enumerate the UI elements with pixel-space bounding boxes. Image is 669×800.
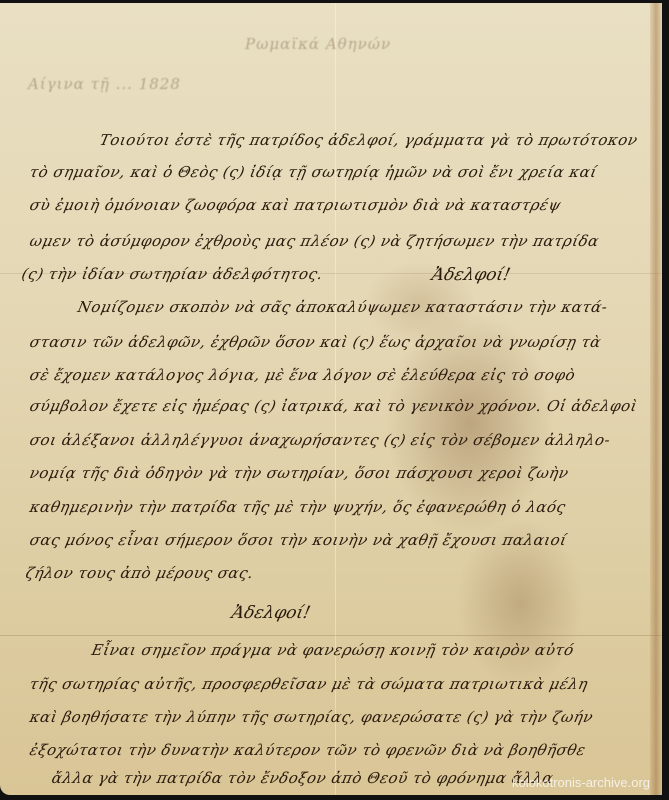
faded-header-line-2: Αίγινα τῇ ... 1828 bbox=[28, 75, 181, 93]
text-line: (ς) τὴν ἰδίαν σωτηρίαν ἀδελφότητος. bbox=[20, 265, 325, 283]
text-line: ωμεν τὸ ἀσύμφορον ἐχθροὺς μας πλέον (ς) … bbox=[28, 232, 601, 250]
paper-fold-horizontal-lower bbox=[0, 635, 662, 636]
salutation: Ἀδελφοί! bbox=[430, 265, 512, 285]
text-line: καὶ βοηθήσατε τὴν λύπην τῆς σωτηρίας, φα… bbox=[28, 708, 595, 726]
text-line: ἄλλα γὰ τὴν πατρίδα τὸν ἔνδοξον ἀπὸ Θεοῦ… bbox=[50, 769, 555, 787]
text-line: τὸ σημαῖον, καὶ ὁ Θεὸς (ς) ἰδίᾳ τῇ σωτηρ… bbox=[28, 163, 599, 181]
text-line: Τοιούτοι ἐστὲ τῆς πατρίδος ἀδελφοί, γράμ… bbox=[98, 131, 639, 149]
archive-watermark: kolokotronis-archive.org bbox=[512, 775, 650, 790]
faded-header-line-1: Ρωμαϊκά Αθηνών bbox=[245, 35, 391, 53]
text-line: Εἶναι σημεῖον πράγμα νὰ φανερώσῃ κοινῇ τ… bbox=[90, 641, 576, 659]
text-line: στασιν τῶν ἀδελφῶν, ἐχθρῶν ὅσον καὶ (ς) … bbox=[28, 333, 603, 351]
text-line: σὲ ἔχομεν κατάλογος λόγια, μὲ ἕνα λόγον … bbox=[28, 366, 577, 384]
text-line: ζήλον τους ἀπὸ μέρους σας. bbox=[24, 564, 255, 582]
text-line: σὺ ἐμοιὴ ὁμόνοιαν ζωοφόρα καὶ πατριωτισμ… bbox=[28, 196, 563, 214]
text-line: σας μόνος εἶναι σήμερον ὅσοι τὴν κοινὴν … bbox=[28, 531, 569, 549]
text-line: νομίᾳ τῆς διὰ ὁδηγὸν γὰ τὴν σωτηρίαν, ὅσ… bbox=[28, 464, 570, 482]
salutation: Ἀδελφοί! bbox=[230, 603, 312, 623]
text-line: σοι ἀλέξανοι ἀλληλέγγυοι ἀναχωρήσαντες (… bbox=[28, 431, 612, 449]
text-line: τῆς σωτηρίας αὐτῆς, προσφερθεῖσαν μὲ τὰ … bbox=[28, 675, 590, 693]
paper-edge-stain bbox=[650, 3, 662, 795]
text-line: ἐξοχώτατοι τὴν δυνατὴν καλύτερον τῶν τὸ … bbox=[28, 741, 587, 759]
text-line: καθημερινὴν τὴν πατρίδα τῆς μὲ τὴν ψυχήν… bbox=[28, 498, 567, 516]
text-line: σύμβολον ἔχετε εἰς ἡμέρας (ς) ἰατρικά, κ… bbox=[28, 397, 639, 415]
text-line: Νομίζομεν σκοπὸν νὰ σᾶς ἀποκαλύψωμεν κατ… bbox=[76, 298, 609, 316]
letter-page: Ρωμαϊκά Αθηνών Αίγινα τῇ ... 1828 Τοιούτ… bbox=[0, 3, 662, 795]
